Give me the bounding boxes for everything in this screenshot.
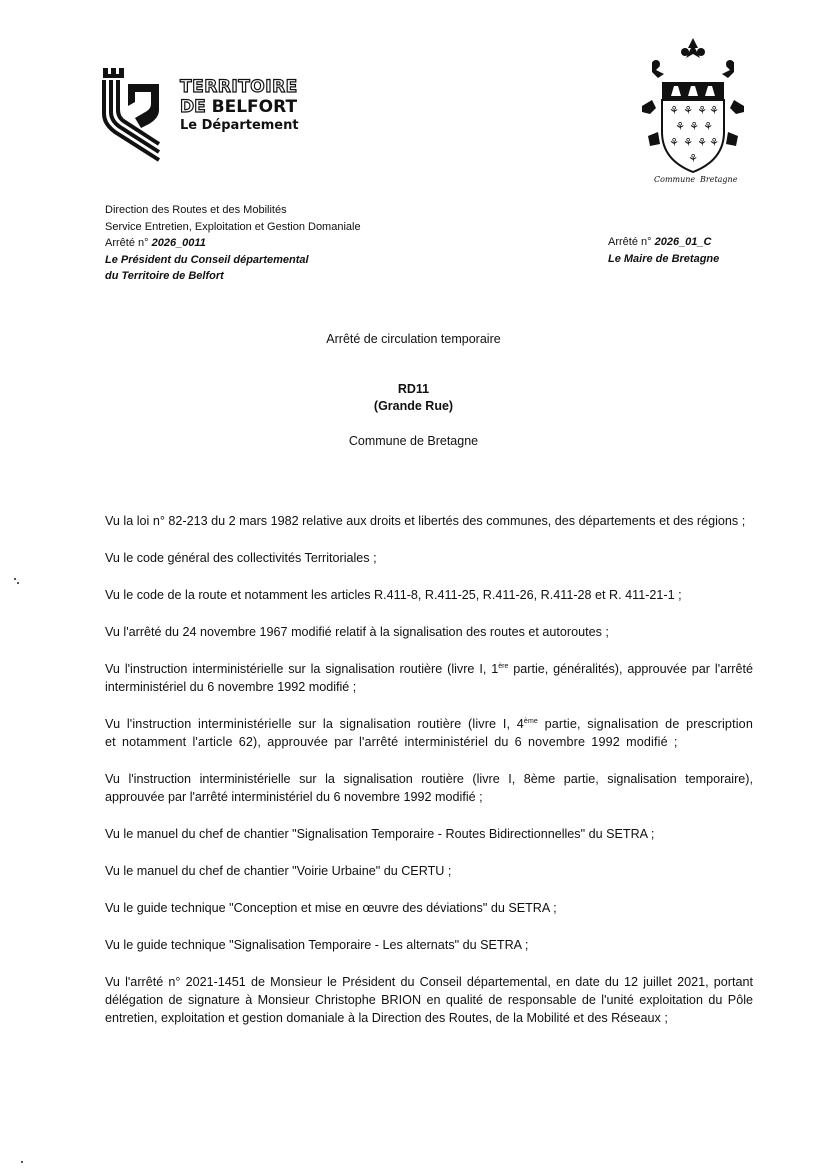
scan-speck xyxy=(21,1161,23,1163)
commune-arrete-prefix: Arrêté n° xyxy=(608,236,652,248)
svg-text:⚘: ⚘ xyxy=(709,136,719,149)
consideration-item: Vu le code général des collectivités Ter… xyxy=(105,549,753,567)
svg-text:⚘: ⚘ xyxy=(669,104,679,117)
issuer-block: Direction des Routes et des Mobilités Se… xyxy=(105,202,361,285)
service-name: Service Entretien, Exploitation et Gesti… xyxy=(105,219,361,236)
scan-speck xyxy=(14,578,16,580)
logo-de-belfort-text: DE BELFORT xyxy=(180,97,299,117)
considerations-list: Vu la loi n° 82-213 du 2 mars 1982 relat… xyxy=(105,512,753,1046)
consideration-item: Vu la loi n° 82-213 du 2 mars 1982 relat… xyxy=(105,512,753,530)
consideration-item: Vu le manuel du chef de chantier "Voirie… xyxy=(105,862,753,880)
consideration-item: Vu l'instruction interministérielle sur … xyxy=(105,770,753,806)
logo-subtitle: Le Département xyxy=(180,117,299,135)
consideration-item: Vu le manuel du chef de chantier "Signal… xyxy=(105,825,753,843)
consideration-item: Vu l'instruction interministérielle sur … xyxy=(105,660,753,696)
svg-text:⚘: ⚘ xyxy=(683,136,693,149)
svg-text:⚘: ⚘ xyxy=(703,120,713,133)
logo-belfort-text: BELFORT xyxy=(212,97,297,117)
svg-text:⚘: ⚘ xyxy=(683,104,693,117)
bretagne-coat-of-arms-icon: ⚘⚘⚘⚘ ⚘⚘⚘ ⚘⚘⚘⚘ ⚘ Commune Bretagne xyxy=(638,36,748,186)
logo-de-text: DE xyxy=(180,97,206,117)
consideration-item: Vu le guide technique "Signalisation Tem… xyxy=(105,936,753,954)
arrete-number-line: Arrêté n° 2026_0011 xyxy=(105,235,361,252)
svg-text:⚘: ⚘ xyxy=(675,120,685,133)
document-type: Arrêté de circulation temporaire xyxy=(0,332,827,346)
svg-text:⚘: ⚘ xyxy=(688,152,698,165)
consideration-item: Vu le guide technique "Conception et mis… xyxy=(105,899,753,917)
svg-text:⚘: ⚘ xyxy=(697,136,707,149)
logo-territoire-text: TERRITOIRE xyxy=(180,78,299,97)
mayor-signatory: Le Maire de Bretagne xyxy=(608,251,719,268)
svg-text:⚘: ⚘ xyxy=(697,104,707,117)
territoire-de-belfort-logo: TERRITOIRE DE BELFORT Le Département xyxy=(101,66,321,166)
consideration-item: Vu l'arrêté n° 2021-1451 de Monsieur le … xyxy=(105,973,753,1027)
svg-text:Bretagne: Bretagne xyxy=(699,175,738,184)
commune-name: Commune de Bretagne xyxy=(0,434,827,448)
signatory-line-1: Le Président du Conseil départemental xyxy=(105,252,361,269)
consideration-item: Vu l'instruction interministérielle sur … xyxy=(105,715,753,751)
road-number: RD11 xyxy=(0,381,827,398)
svg-text:⚘: ⚘ xyxy=(709,104,719,117)
direction-name: Direction des Routes et des Mobilités xyxy=(105,202,361,219)
commune-arrete-number: 2026_01_C xyxy=(655,236,712,248)
arrete-number: 2026_0011 xyxy=(152,237,206,249)
consideration-item: Vu l'arrêté du 24 novembre 1967 modifié … xyxy=(105,623,753,641)
commune-block: Arrêté n° 2026_01_C Le Maire de Bretagne xyxy=(608,234,719,267)
document-page: TERRITOIRE DE BELFORT Le Département xyxy=(0,0,827,1169)
svg-text:⚘: ⚘ xyxy=(689,120,699,133)
consideration-item: Vu le code de la route et notamment les … xyxy=(105,586,753,604)
department-emblem-icon xyxy=(101,66,163,166)
arrete-number-prefix: Arrêté n° xyxy=(105,237,149,249)
commune-arrete-line: Arrêté n° 2026_01_C xyxy=(608,234,719,251)
svg-text:⚘: ⚘ xyxy=(669,136,679,149)
street-name: (Grande Rue) xyxy=(0,398,827,415)
road-title: RD11 (Grande Rue) xyxy=(0,381,827,415)
signatory-line-2: du Territoire de Belfort xyxy=(105,268,361,285)
svg-text:Commune: Commune xyxy=(654,175,695,184)
scan-speck xyxy=(17,582,19,584)
